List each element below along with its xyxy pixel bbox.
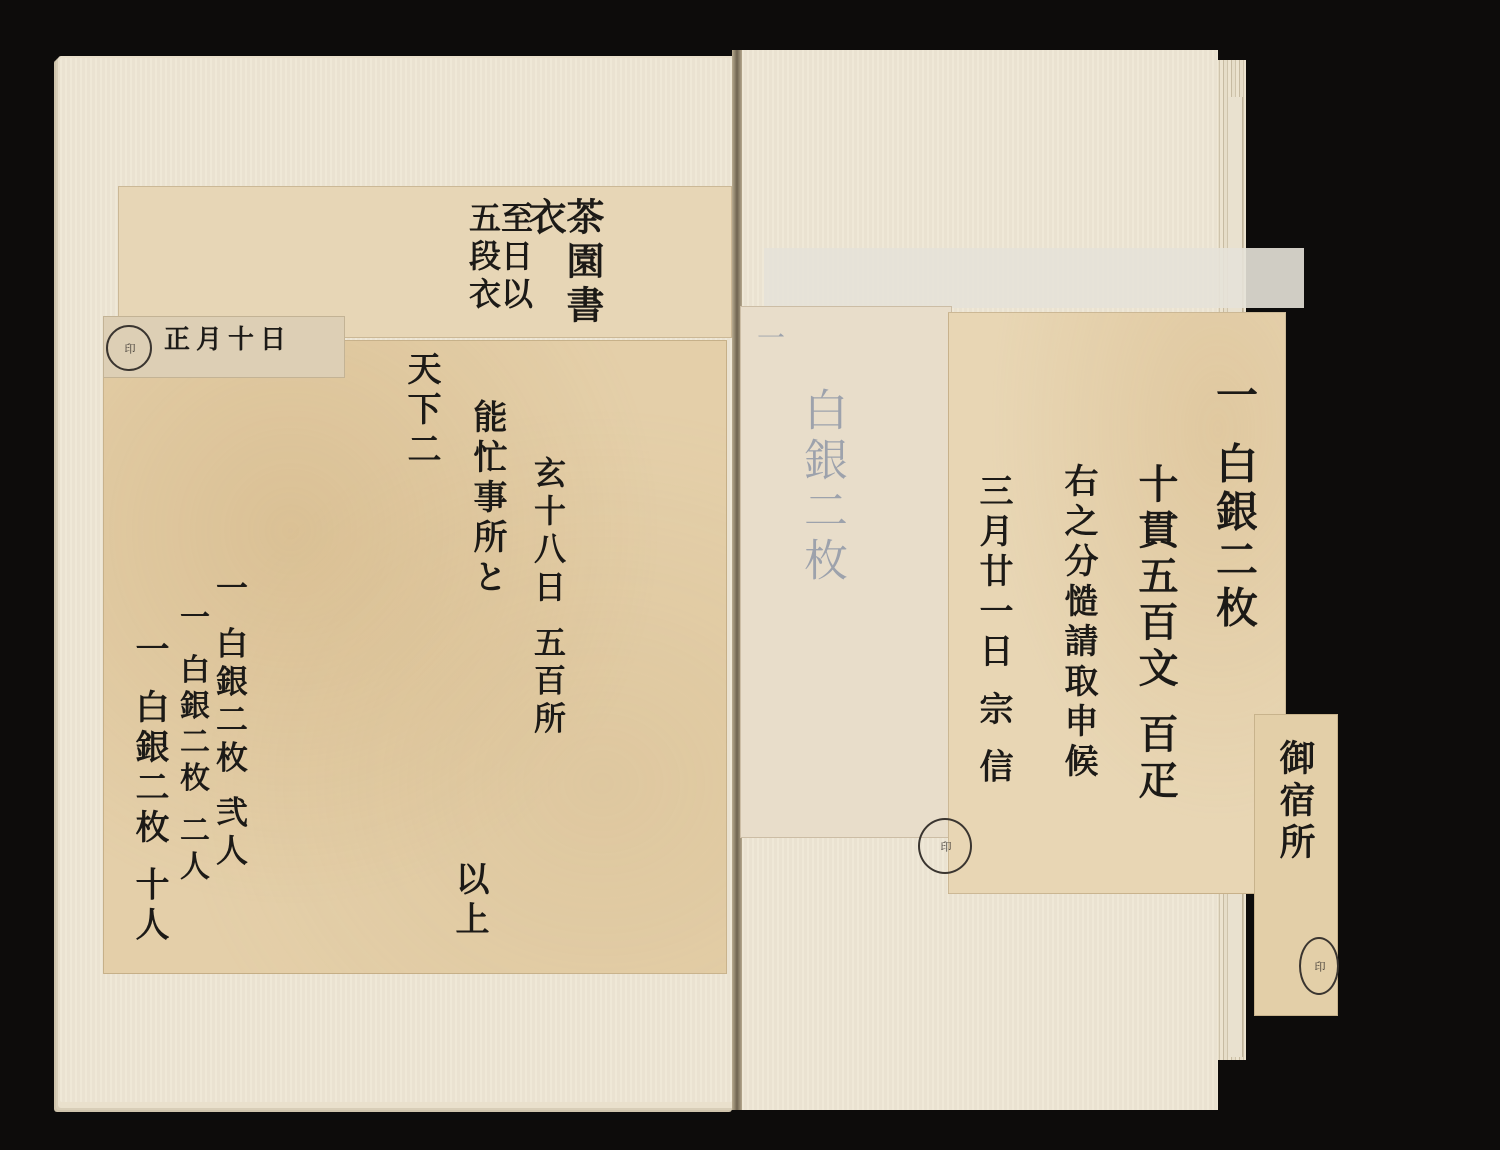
right-main-column-2: 十貫五百文 百疋	[1135, 463, 1175, 805]
left-top-column-1: 茶園書衣	[525, 197, 601, 337]
left-main-column-2: 能忙事所と	[470, 399, 504, 599]
left-main-column-3: 玄十八日 五百所	[532, 456, 564, 739]
left-strip-fragment: 印 正月十日	[103, 316, 345, 378]
right-backing-paper	[764, 248, 1304, 308]
right-main-column-4: 三月廿一日 宗 信	[976, 473, 1010, 789]
faint-column-2: 白銀二枚	[799, 387, 843, 587]
left-top-column-2: 至日以五段衣	[467, 201, 531, 337]
left-main-column-7: 以上	[452, 861, 486, 941]
signature-column: 御宿所	[1277, 739, 1313, 865]
left-main-column-5: 一 白銀二枚 二人	[176, 601, 206, 886]
signature-fragment: 御宿所 印	[1254, 714, 1338, 1016]
seal-stamp-left: 印	[106, 325, 152, 371]
right-main-column-3: 右之分慥請取申候	[1061, 463, 1095, 783]
left-strip-column: 正月十日	[164, 327, 292, 353]
right-main-fragment: 一 白銀二枚 十貫五百文 百疋 右之分慥請取申候 三月廿一日 宗 信	[948, 312, 1286, 894]
faint-column-1: 一	[755, 323, 783, 357]
left-main-column-4: 一 白銀二枚 弐人	[214, 571, 246, 871]
right-faint-fragment: 一 白銀二枚	[740, 306, 952, 838]
left-main-column-6: 一 白銀二枚 十人	[132, 631, 166, 947]
seal-stamp-signature: 印	[1299, 937, 1339, 995]
right-main-column-1: 一 白銀二枚	[1213, 373, 1255, 634]
left-main-column-1: 天下二	[404, 351, 438, 471]
left-main-fragment: 天下二 能忙事所と 玄十八日 五百所 一 白銀二枚 弐人 一 白銀二枚 二人 一…	[103, 340, 727, 974]
seal-stamp-right-main: 印	[918, 818, 972, 874]
